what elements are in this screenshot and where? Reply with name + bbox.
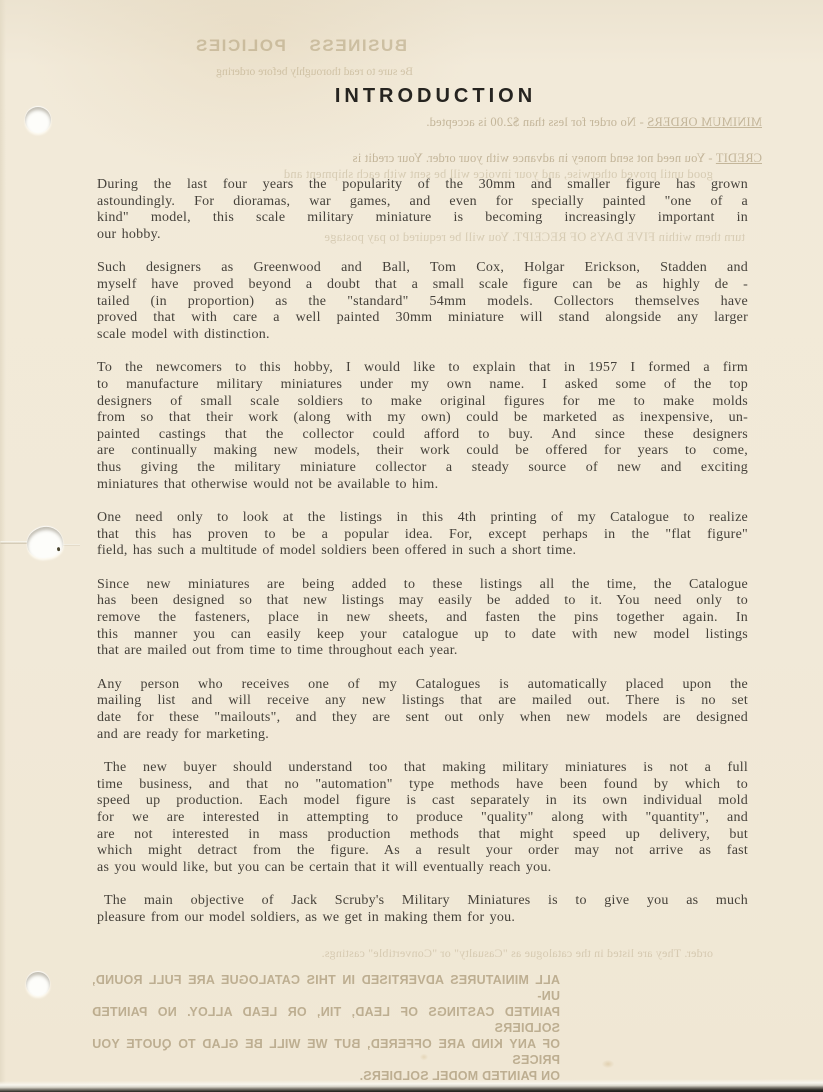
paragraph-6: Any person who receives one of my Catalo…	[97, 677, 748, 743]
hole-punch-bottom	[26, 972, 50, 996]
paragraph-5: Since new miniatures are being added to …	[97, 577, 748, 660]
bleedthrough-header-subtitle: Be sure to read thoroughly before orderi…	[216, 66, 413, 78]
paragraph-7: The new buyer should understand too that…	[97, 760, 748, 876]
bleedthrough-credit-line: CREDIT - You need not send money in adva…	[352, 151, 762, 166]
bleedthrough-header-title: BUSINESS POLICIES	[195, 36, 407, 56]
paragraph-8: The main objective of Jack Scruby's Mili…	[97, 893, 748, 926]
bleedthrough-credit-text: - You need not send money in advance wit…	[352, 151, 715, 165]
hole-punch-top	[25, 107, 51, 133]
bleedthrough-credit-label: CREDIT	[716, 151, 762, 165]
bleedthrough-castings-line: order. They are listed in the catalogue …	[321, 946, 713, 961]
paragraph-3: To the newcomers to this hobby, I would …	[97, 360, 748, 493]
bleedthrough-minimum-orders-label: MINIMUM ORDERS	[647, 115, 762, 129]
hole-punch-middle-torn	[25, 525, 65, 561]
paragraph-4: One need only to look at the listings in…	[97, 510, 748, 560]
scanner-bottom-edge	[0, 1079, 823, 1092]
scanned-document-page: BUSINESS POLICIES Be sure to read thorou…	[0, 0, 823, 1092]
document-body: During the last four years the popularit…	[97, 177, 748, 944]
paragraph-1: During the last four years the popularit…	[97, 177, 748, 243]
page-title: INTRODUCTION	[0, 85, 823, 108]
bleedthrough-minimum-orders-line: MINIMUM ORDERS - No order for less than …	[426, 115, 762, 130]
bleedthrough-minimum-orders-text: - No order for less than $2.00 is accept…	[426, 115, 647, 129]
paragraph-2: Such designers as Greenwood and Ball, To…	[97, 260, 748, 343]
bleedthrough-footer-block: ALL MINIATURES ADVERTISED IN THIS CATALO…	[92, 972, 560, 1084]
